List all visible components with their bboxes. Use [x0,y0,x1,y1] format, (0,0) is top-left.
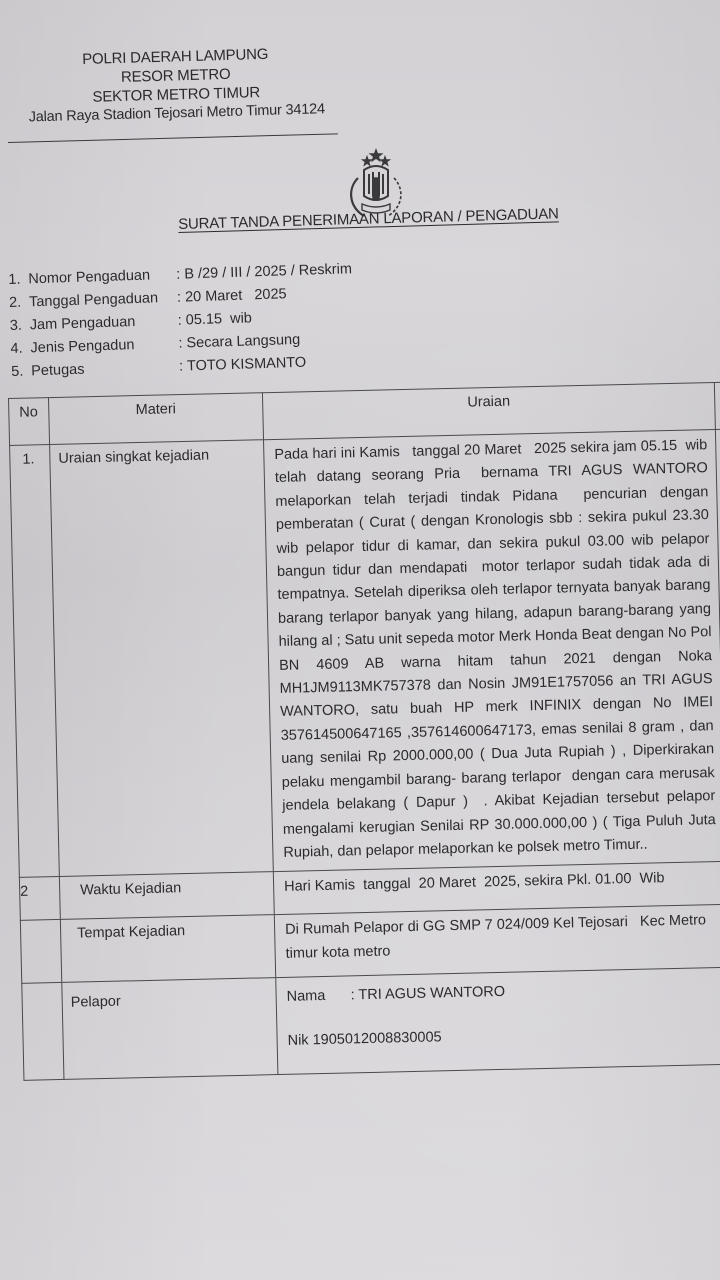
row-materi: Uraian singkat kejadian [50,440,274,877]
complaint-info: 1. Nomor Pengaduan : B /29 / III / 2025 … [8,257,355,383]
pelapor-nama-value: : TRI AGUS WANTORO [350,984,505,1003]
info-value: : 20 Maret 2025 [177,286,287,305]
header-materi: Materi [49,393,264,445]
row-uraian: Pada hari ini Kamis tanggal 20 Maret 202… [264,429,720,871]
info-value: : Secara Langsung [178,331,300,351]
info-num: 5. [11,363,31,380]
row-materi: Tempat Kejadian [60,915,275,983]
letterhead: POLRI DAERAH LAMPUNG RESOR METRO SEKTOR … [10,43,342,128]
row-uraian: Di Rumah Pelapor di GG SMP 7 024/009 Kel… [274,905,720,978]
table-row: 1. Uraian singkat kejadian Pada hari ini… [10,428,720,877]
pelapor-nama-label: Nama [286,985,347,1010]
info-num: 1. [8,271,28,288]
header-no: No [9,398,50,446]
info-label: Petugas [31,358,179,379]
info-value: : 05.15 wib [177,310,252,328]
row-uraian-pelapor: Nama : TRI AGUS WANTORO Nik 190501200883… [276,968,720,1075]
row-materi: Pelapor [62,978,278,1080]
info-value: : B /29 / III / 2025 / Reskrim [176,261,352,283]
info-num: 3. [10,317,30,334]
header-keterangan: K [714,381,720,429]
row-no [20,920,61,984]
info-num: 2. [9,294,29,311]
pelapor-nama-line: Nama : TRI AGUS WANTORO [286,976,719,1009]
report-table: No Materi Uraian K 1. Uraian singkat kej… [8,381,720,1081]
info-value: : TOTO KISMANTO [179,354,306,374]
table-row-pelapor: Pelapor Nama : TRI AGUS WANTORO Nik 1905… [22,966,720,1080]
letterhead-rule [8,133,338,143]
pelapor-nik-value: 1905012008830005 [312,1029,441,1048]
pelapor-nik-label: Nik [287,1032,308,1048]
info-label: Tanggal Pengaduan [29,289,177,310]
report-table-wrapper: No Materi Uraian K 1. Uraian singkat kej… [8,381,720,1081]
pelapor-nik-line: Nik 1905012008830005 [287,1020,720,1053]
row-materi: Waktu Kejadian [59,872,274,920]
row-no: 2 [19,877,60,921]
info-label: Jam Pengaduan [30,312,178,333]
info-label: Nomor Pengaduan [28,266,176,287]
info-label: Jenis Pengadun [30,335,178,356]
row-no [22,983,64,1081]
info-num: 4. [10,340,30,357]
